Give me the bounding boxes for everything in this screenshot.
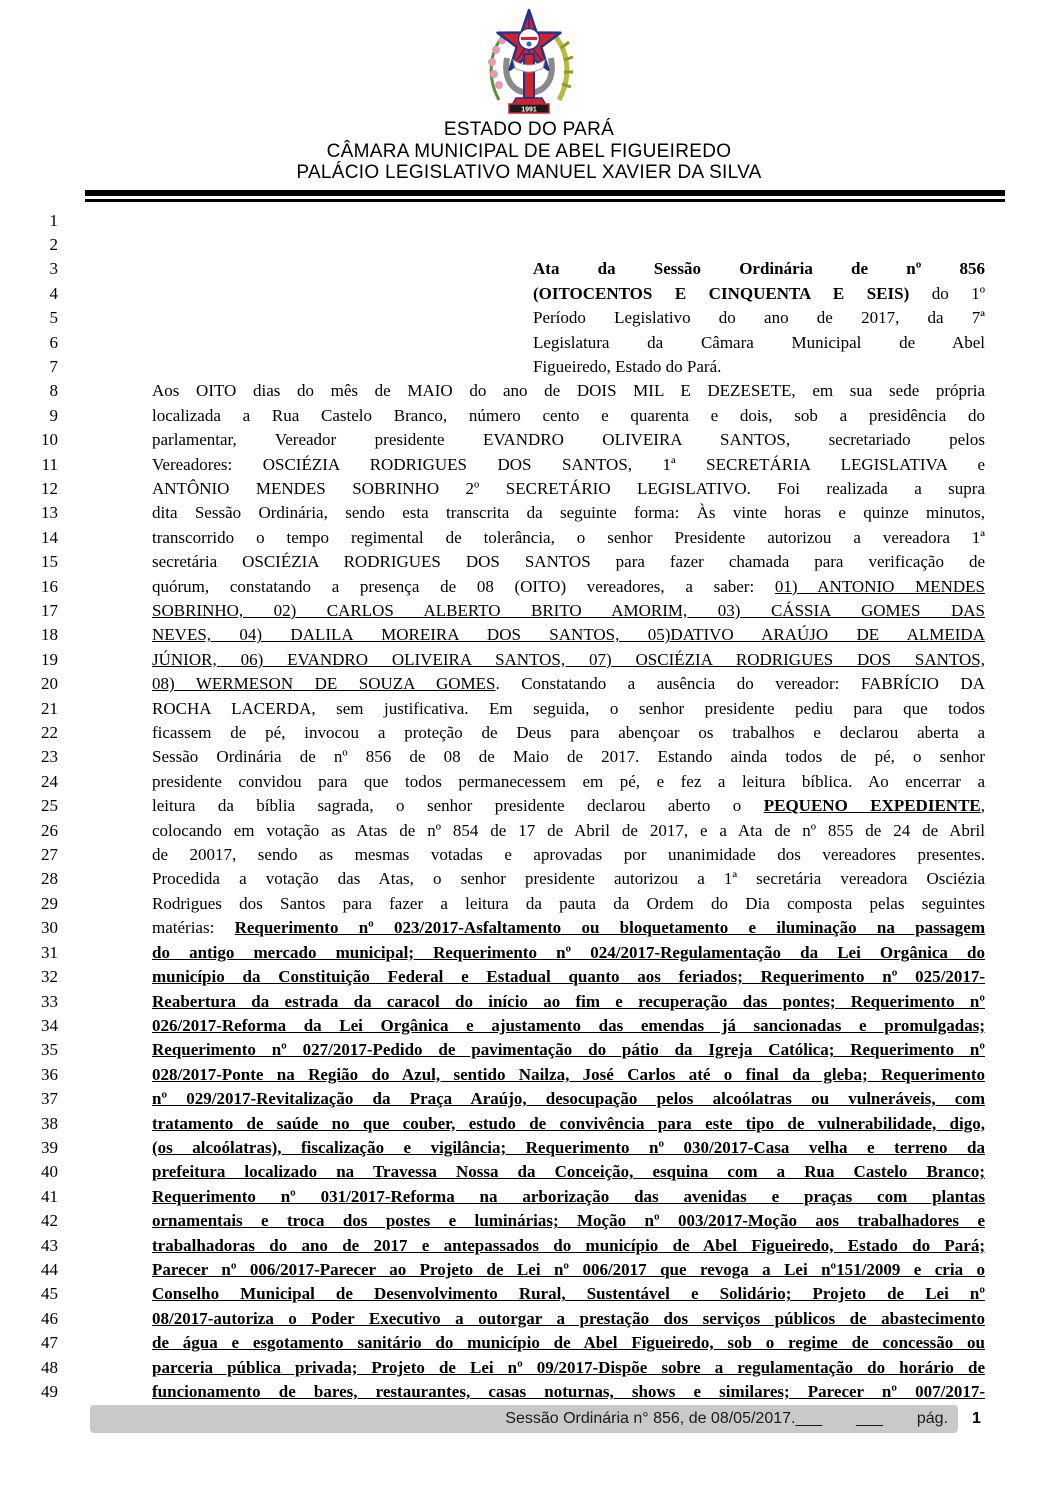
line-text: Conselho Municipal de Desenvolvimento Ru… bbox=[152, 1282, 985, 1306]
document-line: 1 bbox=[0, 209, 1058, 233]
line-number: 47 bbox=[0, 1331, 58, 1355]
document-line: 11Vereadores: OSCIÉZIA RODRIGUES DOS SAN… bbox=[0, 453, 1058, 477]
line-number: 15 bbox=[0, 550, 58, 574]
line-text: (OITOCENTOS E CINQUENTA E SEIS) do 1º bbox=[533, 282, 985, 306]
line-number: 4 bbox=[0, 282, 58, 306]
document-line: 5Período Legislativo do ano de 2017, da … bbox=[0, 306, 1058, 330]
line-text: 026/2017-Reforma da Lei Orgânica e ajust… bbox=[152, 1014, 985, 1038]
document-line: 40prefeitura localizado na Travessa Noss… bbox=[0, 1160, 1058, 1184]
document-page: 1991 ESTADO DO PARÁ CÂMARA MUNICIPAL DE … bbox=[0, 0, 1058, 1497]
municipal-crest-icon: 1991 bbox=[469, 8, 589, 114]
line-number: 31 bbox=[0, 941, 58, 965]
line-number: 32 bbox=[0, 965, 58, 989]
line-number: 37 bbox=[0, 1087, 58, 1111]
document-line: 17SOBRINHO, 02) CARLOS ALBERTO BRITO AMO… bbox=[0, 599, 1058, 623]
line-text: Legislatura da Câmara Municipal de Abel bbox=[533, 331, 985, 355]
line-text: NEVES, 04) DALILA MOREIRA DOS SANTOS, 05… bbox=[152, 623, 985, 647]
document-line: 45Conselho Municipal de Desenvolvimento … bbox=[0, 1282, 1058, 1306]
line-text: presidente convidou para que todos perma… bbox=[152, 770, 985, 794]
line-text: colocando em votação as Atas de nº 854 d… bbox=[152, 819, 985, 843]
line-number: 30 bbox=[0, 916, 58, 940]
line-number: 26 bbox=[0, 819, 58, 843]
footer-blank-line: ___ bbox=[856, 1410, 883, 1428]
line-number: 2 bbox=[0, 233, 58, 257]
document-line: 43trabalhadoras do ano de 2017 e antepas… bbox=[0, 1234, 1058, 1258]
line-number: 14 bbox=[0, 526, 58, 550]
line-text: do antigo mercado municipal; Requeriment… bbox=[152, 941, 985, 965]
footer-session-text: Sessão Ordinária n° 856, de 08/05/2017._… bbox=[505, 1410, 822, 1428]
document-line: 26colocando em votação as Atas de nº 854… bbox=[0, 819, 1058, 843]
line-number: 42 bbox=[0, 1209, 58, 1233]
header-state-title: ESTADO DO PARÁ bbox=[0, 119, 1058, 141]
line-number: 33 bbox=[0, 990, 58, 1014]
line-text bbox=[152, 209, 985, 233]
line-number: 45 bbox=[0, 1282, 58, 1306]
line-text: ANTÔNIO MENDES SOBRINHO 2º SECRETÁRIO LE… bbox=[152, 477, 985, 501]
line-text: (os alcoólatras), fiscalização e vigilân… bbox=[152, 1136, 985, 1160]
document-line: 34026/2017-Reforma da Lei Orgânica e aju… bbox=[0, 1014, 1058, 1038]
line-number: 23 bbox=[0, 745, 58, 769]
line-text: SOBRINHO, 02) CARLOS ALBERTO BRITO AMORI… bbox=[152, 599, 985, 623]
line-number: 36 bbox=[0, 1063, 58, 1087]
document-line: 29Rodrigues dos Santos para fazer a leit… bbox=[0, 892, 1058, 916]
document-line: 41Requerimento nº 031/2017-Reforma na ar… bbox=[0, 1185, 1058, 1209]
footer-bar: Sessão Ordinária n° 856, de 08/05/2017._… bbox=[90, 1405, 958, 1433]
header-palace-title: PALÁCIO LEGISLATIVO MANUEL XAVIER DA SIL… bbox=[0, 162, 1058, 184]
line-number: 39 bbox=[0, 1136, 58, 1160]
line-number: 29 bbox=[0, 892, 58, 916]
line-number: 22 bbox=[0, 721, 58, 745]
line-text: Período Legislativo do ano de 2017, da 7… bbox=[533, 306, 985, 330]
document-line: 23Sessão Ordinária de nº 856 de 08 de Ma… bbox=[0, 745, 1058, 769]
line-text: funcionamento de bares, restaurantes, ca… bbox=[152, 1380, 985, 1404]
line-text: Vereadores: OSCIÉZIA RODRIGUES DOS SANTO… bbox=[152, 453, 985, 477]
document-line: 18NEVES, 04) DALILA MOREIRA DOS SANTOS, … bbox=[0, 623, 1058, 647]
document-line: 7Figueiredo, Estado do Pará. bbox=[0, 355, 1058, 379]
line-text: Procedida a votação das Atas, o senhor p… bbox=[152, 867, 985, 891]
header-chamber-title: CÂMARA MUNICIPAL DE ABEL FIGUEIREDO bbox=[0, 141, 1058, 163]
line-number: 3 bbox=[0, 257, 58, 281]
line-text: quórum, constatando a presença de 08 (OI… bbox=[152, 575, 985, 599]
line-text bbox=[152, 233, 985, 257]
line-number: 41 bbox=[0, 1185, 58, 1209]
line-text: Reabertura da estrada da caracol do iníc… bbox=[152, 990, 985, 1014]
line-number: 28 bbox=[0, 867, 58, 891]
line-number: 1 bbox=[0, 209, 58, 233]
document-line: 2008) WERMESON DE SOUZA GOMES. Constatan… bbox=[0, 672, 1058, 696]
line-text: Rodrigues dos Santos para fazer a leitur… bbox=[152, 892, 985, 916]
footer-page-number: 1 bbox=[972, 1410, 981, 1428]
document-line: 44Parecer nº 006/2017-Parecer ao Projeto… bbox=[0, 1258, 1058, 1282]
line-text: leitura da bíblia sagrada, o senhor pres… bbox=[152, 794, 985, 818]
line-number: 25 bbox=[0, 794, 58, 818]
line-number: 7 bbox=[0, 355, 58, 379]
document-line: 31do antigo mercado municipal; Requerime… bbox=[0, 941, 1058, 965]
line-text: de 20017, sendo as mesmas votadas e apro… bbox=[152, 843, 985, 867]
line-text: Aos OITO dias do mês de MAIO do ano de D… bbox=[152, 379, 985, 403]
line-number: 16 bbox=[0, 575, 58, 599]
document-line: 6Legislatura da Câmara Municipal de Abel bbox=[0, 331, 1058, 355]
line-text: transcorrido o tempo regimental de toler… bbox=[152, 526, 985, 550]
line-number: 6 bbox=[0, 331, 58, 355]
document-line: 30matérias: Requerimento nº 023/2017-Asf… bbox=[0, 916, 1058, 940]
document-line: 4608/2017-autoriza o Poder Executivo a o… bbox=[0, 1307, 1058, 1331]
line-number: 24 bbox=[0, 770, 58, 794]
footer-page-label: pág. bbox=[917, 1410, 948, 1428]
line-text: Requerimento nº 031/2017-Reforma na arbo… bbox=[152, 1185, 985, 1209]
line-number: 19 bbox=[0, 648, 58, 672]
document-line: 33Reabertura da estrada da caracol do in… bbox=[0, 990, 1058, 1014]
line-text: dita Sessão Ordinária, sendo esta transc… bbox=[152, 501, 985, 525]
document-line: 16quórum, constatando a presença de 08 (… bbox=[0, 575, 1058, 599]
line-number: 40 bbox=[0, 1160, 58, 1184]
line-text: prefeitura localizado na Travessa Nossa … bbox=[152, 1160, 985, 1184]
line-number: 17 bbox=[0, 599, 58, 623]
line-text: ornamentais e troca dos postes e luminár… bbox=[152, 1209, 985, 1233]
document-line: 9localizada a Rua Castelo Branco, número… bbox=[0, 404, 1058, 428]
line-text: ROCHA LACERDA, sem justificativa. Em seg… bbox=[152, 697, 985, 721]
line-text: 08/2017-autoriza o Poder Executivo a out… bbox=[152, 1307, 985, 1331]
document-line: 2 bbox=[0, 233, 1058, 257]
line-number: 8 bbox=[0, 379, 58, 403]
document-line: 42ornamentais e troca dos postes e lumin… bbox=[0, 1209, 1058, 1233]
line-number: 21 bbox=[0, 697, 58, 721]
document-line: 15secretária OSCIÉZIA RODRIGUES DOS SANT… bbox=[0, 550, 1058, 574]
line-number: 34 bbox=[0, 1014, 58, 1038]
document-line: 14transcorrido o tempo regimental de tol… bbox=[0, 526, 1058, 550]
line-number: 49 bbox=[0, 1380, 58, 1404]
document-line: 25leitura da bíblia sagrada, o senhor pr… bbox=[0, 794, 1058, 818]
line-number: 46 bbox=[0, 1307, 58, 1331]
line-text: Ata da Sessão Ordinária de nº 856 bbox=[533, 257, 985, 281]
line-number: 27 bbox=[0, 843, 58, 867]
line-number: 44 bbox=[0, 1258, 58, 1282]
line-text: Requerimento nº 027/2017-Pedido de pavim… bbox=[152, 1038, 985, 1062]
line-text: localizada a Rua Castelo Branco, número … bbox=[152, 404, 985, 428]
divider-thin-rule bbox=[85, 199, 1005, 202]
document-line: 12ANTÔNIO MENDES SOBRINHO 2º SECRETÁRIO … bbox=[0, 477, 1058, 501]
line-text: parceria pública privada; Projeto de Lei… bbox=[152, 1356, 985, 1380]
document-line: 21ROCHA LACERDA, sem justificativa. Em s… bbox=[0, 697, 1058, 721]
document-line: 8Aos OITO dias do mês de MAIO do ano de … bbox=[0, 379, 1058, 403]
line-number: 35 bbox=[0, 1038, 58, 1062]
crest-year-text: 1991 bbox=[521, 106, 537, 113]
document-header: 1991 ESTADO DO PARÁ CÂMARA MUNICIPAL DE … bbox=[0, 0, 1058, 184]
document-line: 39(os alcoólatras), fiscalização e vigil… bbox=[0, 1136, 1058, 1160]
document-lines: 123Ata da Sessão Ordinária de nº 8564(OI… bbox=[0, 209, 1058, 1405]
line-text: matérias: Requerimento nº 023/2017-Asfal… bbox=[152, 916, 985, 940]
document-line: 19JÚNIOR, 06) EVANDRO OLIVEIRA SANTOS, 0… bbox=[0, 648, 1058, 672]
document-line: 4(OITOCENTOS E CINQUENTA E SEIS) do 1º bbox=[0, 282, 1058, 306]
line-number: 18 bbox=[0, 623, 58, 647]
document-line: 3Ata da Sessão Ordinária de nº 856 bbox=[0, 257, 1058, 281]
line-text: 028/2017-Ponte na Região do Azul, sentid… bbox=[152, 1063, 985, 1087]
document-line: 27de 20017, sendo as mesmas votadas e ap… bbox=[0, 843, 1058, 867]
document-line: 48parceria pública privada; Projeto de L… bbox=[0, 1356, 1058, 1380]
line-number: 48 bbox=[0, 1356, 58, 1380]
line-text: Parecer nº 006/2017-Parecer ao Projeto d… bbox=[152, 1258, 985, 1282]
line-number: 12 bbox=[0, 477, 58, 501]
document-line: 37nº 029/2017-Revitalização da Praça Ara… bbox=[0, 1087, 1058, 1111]
line-text: nº 029/2017-Revitalização da Praça Araúj… bbox=[152, 1087, 985, 1111]
line-number: 20 bbox=[0, 672, 58, 696]
line-text: de água e esgotamento sanitário do munic… bbox=[152, 1331, 985, 1355]
line-number: 38 bbox=[0, 1112, 58, 1136]
line-number: 43 bbox=[0, 1234, 58, 1258]
document-line: 24presidente convidou para que todos per… bbox=[0, 770, 1058, 794]
header-divider bbox=[85, 190, 1005, 202]
line-text: secretária OSCIÉZIA RODRIGUES DOS SANTOS… bbox=[152, 550, 985, 574]
line-number: 13 bbox=[0, 501, 58, 525]
document-line: 28Procedida a votação das Atas, o senhor… bbox=[0, 867, 1058, 891]
document-line: 49funcionamento de bares, restaurantes, … bbox=[0, 1380, 1058, 1404]
document-line: 47de água e esgotamento sanitário do mun… bbox=[0, 1331, 1058, 1355]
document-line: 10parlamentar, Vereador presidente EVAND… bbox=[0, 428, 1058, 452]
line-number: 9 bbox=[0, 404, 58, 428]
document-line: 13dita Sessão Ordinária, sendo esta tran… bbox=[0, 501, 1058, 525]
line-text: JÚNIOR, 06) EVANDRO OLIVEIRA SANTOS, 07)… bbox=[152, 648, 985, 672]
line-text: tratamento de saúde no que couber, estud… bbox=[152, 1112, 985, 1136]
document-line: 35Requerimento nº 027/2017-Pedido de pav… bbox=[0, 1038, 1058, 1062]
line-number: 11 bbox=[0, 453, 58, 477]
line-text: trabalhadoras do ano de 2017 e antepassa… bbox=[152, 1234, 985, 1258]
line-text: ficassem de pé, invocou a proteção de De… bbox=[152, 721, 985, 745]
document-line: 36028/2017-Ponte na Região do Azul, sent… bbox=[0, 1063, 1058, 1087]
document-line: 38tratamento de saúde no que couber, est… bbox=[0, 1112, 1058, 1136]
line-text: parlamentar, Vereador presidente EVANDRO… bbox=[152, 428, 985, 452]
page-footer: Sessão Ordinária n° 856, de 08/05/2017._… bbox=[90, 1405, 995, 1433]
document-line: 32município da Constituição Federal e Es… bbox=[0, 965, 1058, 989]
line-text: Figueiredo, Estado do Pará. bbox=[533, 355, 985, 379]
line-text: município da Constituição Federal e Esta… bbox=[152, 965, 985, 989]
line-text: 08) WERMESON DE SOUZA GOMES. Constatando… bbox=[152, 672, 985, 696]
line-text: Sessão Ordinária de nº 856 de 08 de Maio… bbox=[152, 745, 985, 769]
line-number: 10 bbox=[0, 428, 58, 452]
document-line: 22ficassem de pé, invocou a proteção de … bbox=[0, 721, 1058, 745]
line-number: 5 bbox=[0, 306, 58, 330]
